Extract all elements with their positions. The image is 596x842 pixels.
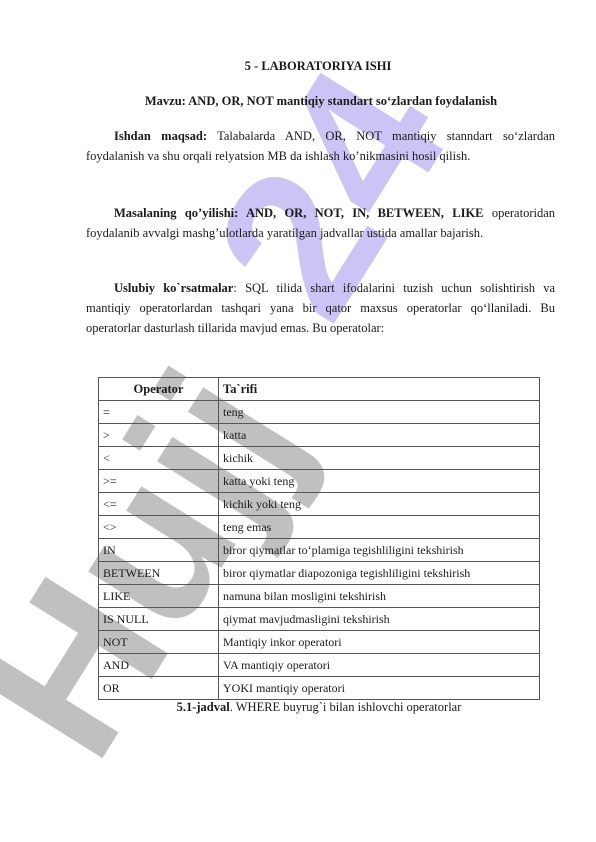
operator-cell: LIKE (99, 585, 219, 608)
operator-cell: <= (99, 493, 219, 516)
table-header-row: Operator Ta`rifi (99, 378, 540, 401)
definition-cell: biror qiymatlar to‘plamiga tegishliligin… (219, 539, 540, 562)
paragraph-label: Masalaning qo’yilishi: AND, OR, NOT, IN,… (114, 206, 484, 220)
paragraph-task: Masalaning qo’yilishi: AND, OR, NOT, IN,… (86, 203, 555, 243)
table-row: NOTMantiqiy inkor operatori (99, 631, 540, 654)
column-header-operator: Operator (99, 378, 219, 401)
paragraph-purpose: Ishdan maqsad: Talabalarda AND, OR, NOT … (86, 126, 555, 166)
operator-cell: > (99, 424, 219, 447)
table-caption: 5.1-jadval. WHERE buyrug`i bilan ishlovc… (98, 700, 540, 715)
column-header-definition: Ta`rifi (219, 378, 540, 401)
table-row: <=kichik yoki teng (99, 493, 540, 516)
operator-cell: <> (99, 516, 219, 539)
document-page: 5 - LABORATORIYA ISHI Mavzu: AND, OR, NO… (0, 0, 596, 842)
caption-text: . WHERE buyrug`i bilan ishlovchi operato… (230, 700, 462, 714)
operator-cell: < (99, 447, 219, 470)
operators-table: Operator Ta`rifi =teng>katta<kichik>=kat… (98, 377, 540, 700)
table-row: ORYOKI mantiqiy operatori (99, 677, 540, 700)
table-row: INbiror qiymatlar to‘plamiga tegishlilig… (99, 539, 540, 562)
definition-cell: kichik yoki teng (219, 493, 540, 516)
operator-cell: OR (99, 677, 219, 700)
definition-cell: teng emas (219, 516, 540, 539)
definition-cell: katta (219, 424, 540, 447)
table-row: IS NULLqiymat mavjudmasligini tekshirish (99, 608, 540, 631)
definition-cell: biror qiymatlar diapozoniga tegishliligi… (219, 562, 540, 585)
definition-cell: qiymat mavjudmasligini tekshirish (219, 608, 540, 631)
definition-cell: Mantiqiy inkor operatori (219, 631, 540, 654)
definition-cell: teng (219, 401, 540, 424)
table-row: =teng (99, 401, 540, 424)
definition-cell: kichik (219, 447, 540, 470)
operator-cell: = (99, 401, 219, 424)
operator-cell: >= (99, 470, 219, 493)
page-subtitle: Mavzu: AND, OR, NOT mantiqiy standart so… (86, 94, 556, 109)
paragraph-guidelines: Uslubiy ko`rsatmalar: SQL tilida shart i… (86, 278, 555, 338)
table-row: BETWEENbiror qiymatlar diapozoniga tegis… (99, 562, 540, 585)
page-title: 5 - LABORATORIYA ISHI (0, 59, 596, 74)
definition-cell: VA mantiqiy operatori (219, 654, 540, 677)
paragraph-label: Ishdan maqsad: (114, 129, 207, 143)
operator-cell: IN (99, 539, 219, 562)
paragraph-label: Uslubiy ko`rsatmalar (114, 281, 233, 295)
table-row: LIKEnamuna bilan mosligini tekshirish (99, 585, 540, 608)
operator-cell: IS NULL (99, 608, 219, 631)
table-row: >katta (99, 424, 540, 447)
operator-cell: NOT (99, 631, 219, 654)
definition-cell: YOKI mantiqiy operatori (219, 677, 540, 700)
table-row: <kichik (99, 447, 540, 470)
table-row: >=katta yoki teng (99, 470, 540, 493)
definition-cell: katta yoki teng (219, 470, 540, 493)
definition-cell: namuna bilan mosligini tekshirish (219, 585, 540, 608)
table-row: <>teng emas (99, 516, 540, 539)
operator-cell: BETWEEN (99, 562, 219, 585)
operator-cell: AND (99, 654, 219, 677)
caption-label: 5.1-jadval (177, 700, 230, 714)
table-row: ANDVA mantiqiy operatori (99, 654, 540, 677)
